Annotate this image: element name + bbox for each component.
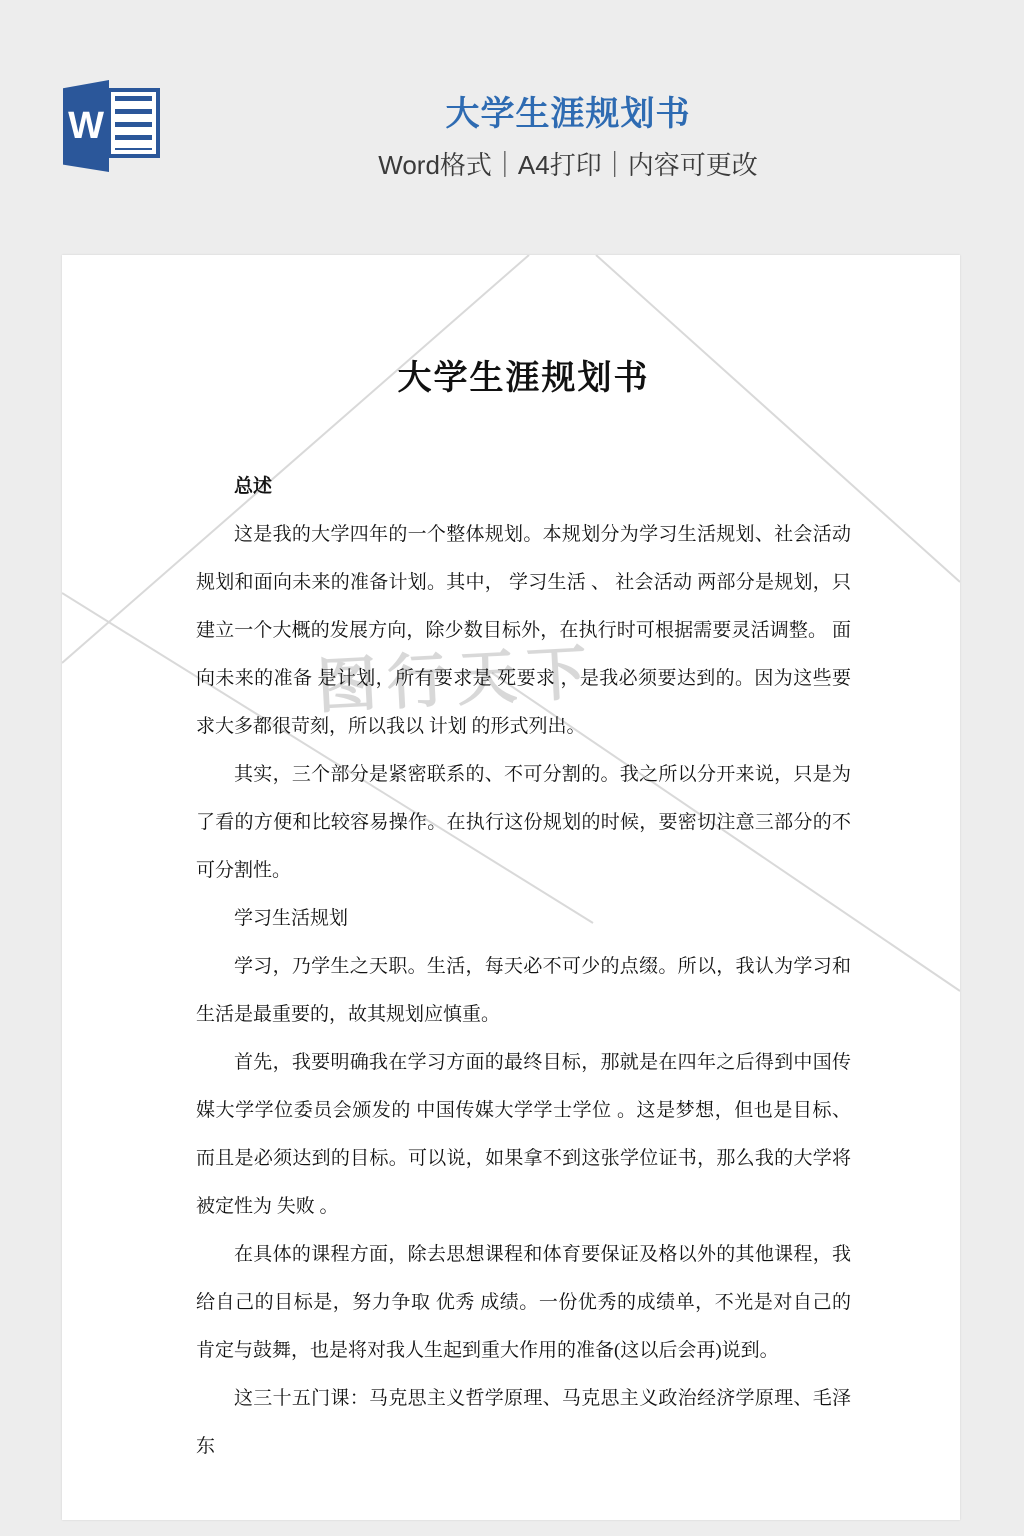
template-preview-screen: W 大学生涯规划书 Word格式｜A4打印｜内容可更改 图行天下 大学生涯规划书… xyxy=(0,0,1024,1536)
document-body: 总述这是我的大学四年的一个整体规划。本规划分为学习生活规划、社会活动规划和面向未… xyxy=(196,463,851,1471)
template-subtitle: Word格式｜A4打印｜内容可更改 xyxy=(112,148,1024,182)
paragraph: 这是我的大学四年的一个整体规划。本规划分为学习生活规划、社会活动规划和面向未来的… xyxy=(196,511,851,751)
paragraph: 在具体的课程方面，除去思想课程和体育要保证及格以外的其他课程，我给自己的目标是，… xyxy=(196,1231,851,1375)
header-text: 大学生涯规划书 Word格式｜A4打印｜内容可更改 xyxy=(112,92,1024,182)
paragraph: 总述 xyxy=(196,463,851,511)
paragraph: 学习生活规划 xyxy=(196,895,851,943)
word-icon-slab: W xyxy=(63,80,109,172)
paragraph: 其实，三个部分是紧密联系的、不可分割的。我之所以分开来说，只是为了看的方便和比较… xyxy=(196,751,851,895)
word-icon-letter: W xyxy=(68,107,104,145)
paragraph: 这三十五门课：马克思主义哲学原理、马克思主义政治经济学原理、毛泽东 xyxy=(196,1375,851,1471)
document-title: 大学生涯规划书 xyxy=(196,351,851,407)
document-content: 大学生涯规划书 总述这是我的大学四年的一个整体规划。本规划分为学习生活规划、社会… xyxy=(62,255,960,1471)
template-title: 大学生涯规划书 xyxy=(112,92,1024,136)
paragraph: 首先，我要明确我在学习方面的最终目标，那就是在四年之后得到中国传媒大学学位委员会… xyxy=(196,1039,851,1231)
document-page: 图行天下 大学生涯规划书 总述这是我的大学四年的一个整体规划。本规划分为学习生活… xyxy=(62,255,960,1520)
header: W 大学生涯规划书 Word格式｜A4打印｜内容可更改 xyxy=(0,0,1024,255)
paragraph: 学习，乃学生之天职。生活，每天必不可少的点缀。所以，我认为学习和生活是最重要的，… xyxy=(196,943,851,1039)
